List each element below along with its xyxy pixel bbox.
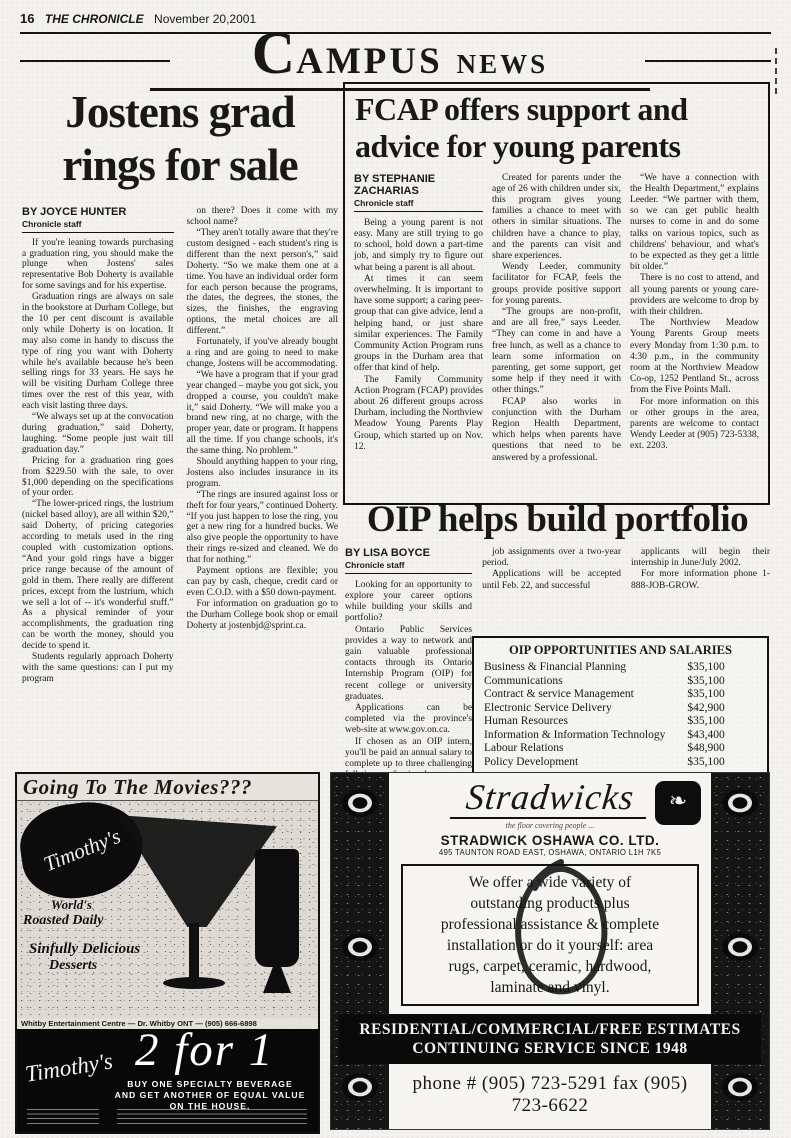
salary-row-value: $35,100: [687, 688, 757, 702]
article-paragraph: Payment options are flexible; you can pa…: [187, 566, 339, 599]
ad-tagline: Roasted Daily: [23, 913, 173, 929]
headline-line: advice for young parents: [355, 128, 758, 165]
article-paragraph: The Northview Meadow Young Parents Group…: [630, 318, 759, 396]
ad-tagline: Sinfully Delicious: [29, 941, 173, 958]
column-text: Being a young parent is not easy. Many a…: [354, 218, 483, 453]
credit: Chronicle staff: [354, 198, 483, 212]
article-column-1: BY JOYCE HUNTER Chronicle staff If you'r…: [22, 206, 174, 685]
article-headline: FCAP offers support and advice for young…: [355, 91, 758, 165]
ad-services-banner: RESIDENTIAL/COMMERCIAL/FREE ESTIMATES CO…: [339, 1014, 761, 1064]
article-paragraph: Graduation rings are always on sale in t…: [22, 292, 174, 412]
article-paragraph: “The groups are non-profit, and are all …: [492, 307, 621, 397]
byline: BY LISA BOYCE: [345, 547, 472, 560]
salary-row-value: $48,900: [687, 742, 757, 756]
article-paragraph: The Family Community Action Program (FCA…: [354, 375, 483, 453]
article-paragraph: For information on graduation go to the …: [187, 599, 339, 632]
ad-message-line: We offer a wide variety of: [405, 872, 695, 893]
article-paragraph: Pricing for a graduation ring goes from …: [22, 456, 174, 500]
ad-timothys-movies: Going To The Movies??? Timothy's World's…: [15, 772, 320, 1134]
timothys-logo-text: Timothy's: [24, 1048, 115, 1087]
byline: BY STEPHANIE: [354, 173, 483, 186]
ad-message-lines: We offer a wide variety ofoutstanding pr…: [405, 872, 695, 998]
article-columns: BY JOYCE HUNTER Chronicle staff If you'r…: [22, 206, 338, 685]
salary-row-value: $43,400: [687, 729, 757, 743]
salary-row: Information & Information Technology$43,…: [484, 729, 757, 743]
salary-table-title: OIP OPPORTUNITIES AND SALARIES: [484, 643, 757, 658]
ad-message-line: professional assistance & complete: [405, 914, 695, 935]
article-column-2: Created for parents under the age of 26 …: [492, 173, 621, 464]
banner-line: CONTINUING SERVICE SINCE 1948: [339, 1040, 761, 1059]
article-paragraph: “We always set up at the convocation dur…: [22, 412, 174, 456]
salary-row-label: Communications: [484, 675, 687, 689]
grommet-icon: [342, 1073, 378, 1101]
ad-badge-icon: ❧: [655, 781, 701, 825]
masthead-rule-left: [20, 60, 170, 62]
masthead-word2: NEWS: [457, 49, 549, 79]
ad-photo-area: Timothy's World's Roasted Daily Sinfully…: [17, 801, 318, 1029]
timothys-logo-text: Timothy's: [40, 823, 124, 876]
column-text: Created for parents under the age of 26 …: [492, 173, 621, 464]
beverage-glass-foot: [263, 967, 291, 993]
article-paragraph: Being a young parent is not easy. Many a…: [354, 218, 483, 274]
article-column-2: on there? Does it come with my school na…: [187, 206, 339, 685]
ad-phone-line: phone # (905) 723-5291 fax (905) 723-662…: [397, 1073, 703, 1117]
salary-row-value: $35,100: [687, 661, 757, 675]
salary-row: Labour Relations$48,900: [484, 742, 757, 756]
column-text: If you're leaning towards purchasing a g…: [22, 238, 174, 685]
byline-block: BY LISA BOYCE Chronicle staff: [345, 547, 472, 574]
article-paragraph: There is no cost to attend, and all youn…: [630, 273, 759, 318]
salary-row: Communications$35,100: [484, 675, 757, 689]
salary-row-label: Policy Development: [484, 756, 687, 770]
masthead-initial: C: [252, 20, 296, 86]
article-paragraph: Fortunately, if you've already bought a …: [187, 337, 339, 370]
credit: Chronicle staff: [22, 219, 174, 233]
article-paragraph: “We have a program that if your grad yea…: [187, 370, 339, 457]
grommet-icon: [342, 933, 378, 961]
company-name: STRADWICK OSHAWA CO. LTD.: [397, 833, 703, 848]
ad-message-line: laminate and vinyl.: [405, 977, 695, 998]
article-paragraph: job assignments over a two-year period.: [482, 547, 621, 569]
ad-tagline-fragments: World's Roasted Daily Sinfully Delicious…: [23, 897, 173, 974]
article-paragraph: Applications will be accepted until Feb.…: [482, 569, 621, 591]
offer-headline: 2 for 1: [135, 1023, 274, 1077]
ad-message-line: installation or do it yourself: area: [405, 935, 695, 956]
article-column-1: BY LISA BOYCE Chronicle staff Looking fo…: [345, 547, 472, 781]
grommet-icon: [722, 1073, 758, 1101]
article-paragraph: “The rings are insured against loss or t…: [187, 490, 339, 566]
salary-row-label: Business & Financial Planning: [484, 661, 687, 675]
article-paragraph: Wendy Leeder, community facilitator for …: [492, 262, 621, 307]
salary-row: Human Resources$35,100: [484, 715, 757, 729]
grommet-icon: [722, 933, 758, 961]
byline: BY JOYCE HUNTER: [22, 206, 174, 219]
column-text: applicants will begin their internship i…: [631, 547, 770, 592]
ad-content: Stradwicks ❧ the floor covering people .…: [389, 773, 711, 1129]
masthead-rule-right: [645, 60, 771, 62]
martini-glass-stem: [189, 923, 199, 981]
column-text: job assignments over a two-year period.A…: [482, 547, 621, 592]
salary-row: Business & Financial Planning$35,100: [484, 661, 757, 675]
article-paragraph: “We have a connection with the Health De…: [630, 173, 759, 274]
article-column-1: BY STEPHANIE ZACHARIAS Chronicle staff B…: [354, 173, 483, 464]
salary-row: Contract & service Management$35,100: [484, 688, 757, 702]
article-paragraph: If you're leaning towards purchasing a g…: [22, 238, 174, 293]
article-paragraph: Looking for an opportunity to explore yo…: [345, 580, 472, 625]
corner-registration-mark: [775, 48, 777, 94]
ad-offer-banner: Timothy's 2 for 1 BUY ONE SPECIALTY BEVE…: [17, 1029, 318, 1132]
article-paragraph: applicants will begin their internship i…: [631, 547, 770, 569]
grommet-icon: [722, 789, 758, 817]
salary-row-label: Electronic Service Delivery: [484, 702, 687, 716]
credit: Chronicle staff: [345, 560, 472, 574]
article-paragraph: For more information on this or other gr…: [630, 397, 759, 453]
column-text: on there? Does it come with my school na…: [187, 206, 339, 631]
salary-row-label: Information & Information Technology: [484, 729, 687, 743]
banner-line: RESIDENTIAL/COMMERCIAL/FREE ESTIMATES: [339, 1021, 761, 1040]
masthead-rest: AMPUS: [296, 41, 443, 82]
article-paragraph: Should anything happen to your ring, Jos…: [187, 457, 339, 490]
article-jostens: Jostens grad rings for sale BY JOYCE HUN…: [22, 86, 338, 685]
article-paragraph: At times it can seem overwhelming. It is…: [354, 274, 483, 375]
salary-row: Electronic Service Delivery$42,900: [484, 702, 757, 716]
ad-message-box: We offer a wide variety ofoutstanding pr…: [401, 864, 699, 1006]
grommet-icon: [342, 789, 378, 817]
headline-line: FCAP offers support and: [355, 91, 758, 128]
fine-print: [117, 1109, 307, 1127]
article-headline: OIP helps build portfolio: [345, 498, 770, 541]
article-paragraph: Ontario Public Services provides a way t…: [345, 625, 472, 703]
salary-row: Policy Development$35,100: [484, 756, 757, 770]
fine-print: [27, 1109, 99, 1127]
paper-name: THE CHRONICLE: [45, 12, 144, 26]
offer-details: BUY ONE SPECIALTY BEVERAGE AND GET ANOTH…: [105, 1079, 315, 1112]
article-paragraph: Applications can be completed via the pr…: [345, 703, 472, 737]
article-headline: Jostens grad rings for sale: [22, 86, 338, 192]
offer-line: AND GET ANOTHER OF EQUAL VALUE: [105, 1090, 315, 1101]
salary-row-value: $42,900: [687, 702, 757, 716]
salary-table: Business & Financial Planning$35,100Comm…: [484, 661, 757, 769]
salary-row-label: Labour Relations: [484, 742, 687, 756]
byline: ZACHARIAS: [354, 185, 483, 198]
page-number: 16: [20, 11, 34, 26]
stradwicks-logo: Stradwicks: [450, 779, 650, 819]
salary-row-value: $35,100: [687, 715, 757, 729]
article-paragraph: “They aren't totally aware that they're …: [187, 228, 339, 337]
ad-tagline: World's: [51, 897, 173, 913]
article-paragraph: “The lower-priced rings, the lustrium (n…: [22, 499, 174, 652]
headline-line: Jostens grad: [22, 86, 338, 139]
article-paragraph: FCAP also works in conjunction with the …: [492, 397, 621, 464]
article-columns: BY STEPHANIE ZACHARIAS Chronicle staff B…: [345, 171, 768, 466]
headline-line: rings for sale: [22, 139, 338, 192]
salary-row-label: Human Resources: [484, 715, 687, 729]
column-text: Looking for an opportunity to explore yo…: [345, 580, 472, 782]
section-masthead: CAMPUS NEWS: [150, 24, 650, 91]
timothys-logo-blob: Timothy's: [15, 795, 149, 905]
beverage-glass-icon: [255, 849, 299, 967]
column-text: “We have a connection with the Health De…: [630, 173, 759, 453]
martini-glass-base: [163, 977, 225, 989]
article-column-3: “We have a connection with the Health De…: [630, 173, 759, 464]
ad-message-line: outstanding products plus: [405, 893, 695, 914]
ad-message-line: rugs, carpet, ceramic, hardwood,: [405, 956, 695, 977]
company-address: 495 TAUNTON ROAD EAST, OSHAWA, ONTARIO L…: [397, 848, 703, 857]
byline-block: BY JOYCE HUNTER Chronicle staff: [22, 206, 174, 232]
ad-tagline: Desserts: [49, 958, 173, 974]
salary-row-label: Contract & service Management: [484, 688, 687, 702]
salary-row-value: $35,100: [687, 756, 757, 770]
ad-headline: Going To The Movies???: [17, 774, 318, 801]
salary-row-value: $35,100: [687, 675, 757, 689]
article-paragraph: For more information phone 1-888-JOB-GRO…: [631, 569, 770, 591]
carpet-texture-left: [331, 773, 389, 1129]
byline-block: BY STEPHANIE ZACHARIAS Chronicle staff: [354, 173, 483, 212]
ad-stradwicks: Stradwicks ❧ the floor covering people .…: [330, 772, 770, 1130]
carpet-texture-right: [711, 773, 769, 1129]
article-fcap: FCAP offers support and advice for young…: [343, 82, 770, 505]
offer-line: BUY ONE SPECIALTY BEVERAGE: [105, 1079, 315, 1090]
article-paragraph: on there? Does it come with my school na…: [187, 206, 339, 228]
article-paragraph: Students regularly approach Doherty with…: [22, 652, 174, 685]
article-paragraph: Created for parents under the age of 26 …: [492, 173, 621, 263]
